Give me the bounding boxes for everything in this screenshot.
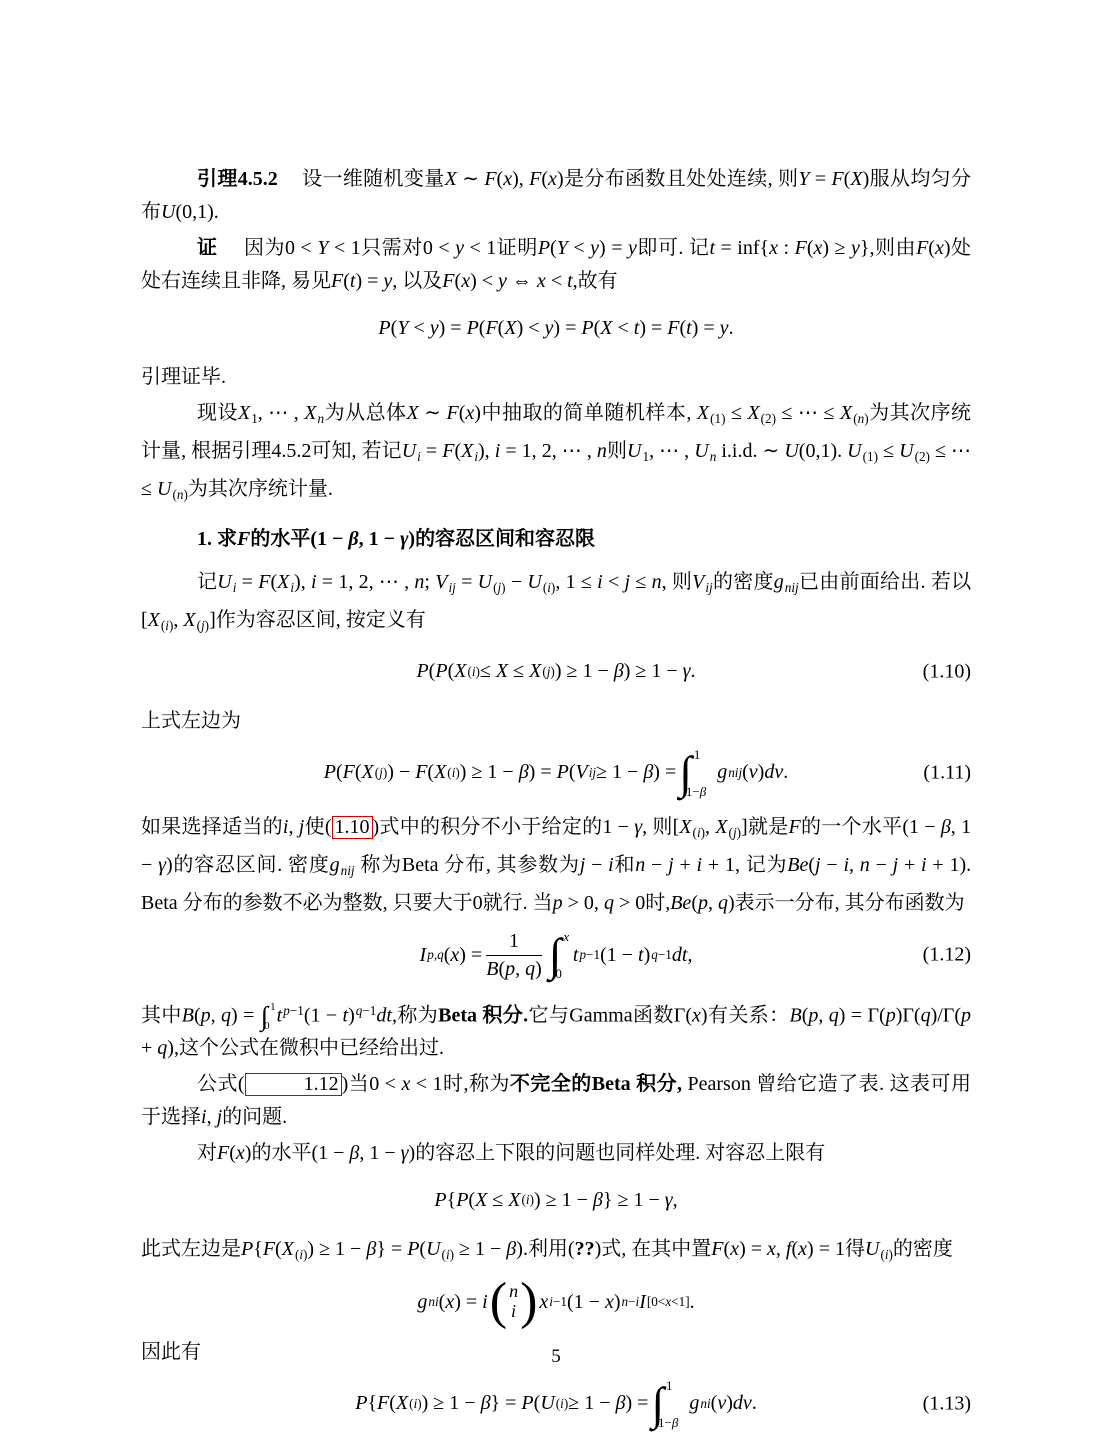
text-run: P{P(X ≤ X [434,1188,520,1213]
equation-number: (1.13) [923,1391,971,1416]
integral-limits: 11−β [694,748,714,798]
text-run: 的容忍区间和容忍限 [415,528,595,550]
text-run: ) ≥ 1 − β} = P(U [307,1238,440,1260]
text-run: I [639,1290,646,1315]
text-run: i−1 [549,1294,567,1311]
equation-1-12: Ip,q(x) = 1B(p, q)∫x0tp−1(1 − t)q−1dt, (… [141,930,971,981]
equation-number: (1.12) [923,943,971,968]
text-run: 时,称为 [443,1073,510,1095]
text-run: 有关系： [708,1004,790,1026]
text-run: U [627,440,641,462]
text-run: g [774,571,784,593]
text-run: ?? [575,1238,595,1260]
text-run: i, j [283,816,304,838]
text-run: n [509,1282,518,1302]
text-run: , 则 [642,816,673,838]
text-run: 上式左边为 [141,710,241,732]
equation-1-13: P{F(X(i)) ≥ 1 − β} = P(U(i) ≥ 1 − β) = ∫… [141,1379,971,1429]
text-run: ≤ [725,402,747,424]
text-run: (v)dv. [711,1391,757,1416]
text-run: dt, [672,943,693,968]
text-run: P{F(X [241,1238,294,1260]
integral: ∫11−β [651,1379,686,1429]
text-run: X ∼ F(x) [407,402,481,424]
text-run: 0 < x < 1 [369,1073,442,1095]
paragraph-lhs: 上式左边为 [141,705,971,738]
text-run: (i) [880,1247,892,1262]
text-run: (j) [375,765,387,782]
integral: ∫10 [261,1002,276,1032]
equation-body: P{P(X ≤ X(i)) ≥ 1 − β} ≥ 1 − γ, [434,1188,677,1213]
integral: ∫11−β [679,748,714,798]
text-run: , 记为 [735,854,787,876]
text-run: 1−β [686,785,706,798]
text-run: 为从总体 [324,402,406,424]
text-run: (x) = i [439,1290,488,1315]
text-run: F(x) < y ⇔ x < t [442,270,572,292]
text-run: ij [705,580,712,595]
text-run: (i) [161,618,173,633]
text-run: 就是 [748,816,789,838]
text-run: ≥ 1 − β) = [568,1391,648,1416]
text-run: B(p, q) = [182,1004,260,1026]
text-run: x [563,930,570,943]
text-run: , [519,168,529,190]
text-run: = F(X [421,440,474,462]
text-run: Beta 积分. [438,1004,528,1026]
text-run: 不完全的Beta 积分, [510,1073,682,1095]
equation-number: (1.11) [923,760,971,785]
text-run: g [417,1290,427,1315]
paragraph-incomplete-beta: 公式(1.12)当0 < x < 1时,称为不完全的Beta 积分, Pears… [141,1068,971,1134]
text-run: 1−β [658,1416,678,1429]
text-run: 1 [509,930,519,953]
equation-proof: P(Y < y) = P(F(X) < y) = P(X < t) = F(t)… [141,308,971,348]
text-run: U [402,440,416,462]
text-run: , [485,440,495,462]
text-run: F(x) [916,237,950,259]
text-run: U [899,440,913,462]
text-run: (i) [556,1396,568,1413]
text-run: 0 < Y < 1 [285,237,361,259]
text-run: ij [448,580,455,595]
equation-number: (1.10) [923,659,971,684]
text-run: F(x) = x, f(x) = 1 [711,1238,845,1260]
text-run: U [694,440,708,462]
text-run: )式中的积分不小于给定的 [373,816,603,838]
text-run: (2) [915,449,930,464]
text-run: 为其次序统计量. [188,478,333,500]
text-run: V [692,571,704,593]
text-run: )当 [342,1073,370,1095]
text-run: 中抽取的简单随机样本, [481,402,697,424]
text-run: 记 [197,571,217,593]
text-run: F [789,816,801,838]
equation-ref-link[interactable]: 1.12 [245,1073,342,1096]
text-run: [X [673,816,692,838]
text-run: 只需对 [361,237,423,259]
text-run: 0 < y < 1 [423,237,496,259]
integral-limits: x0 [563,930,570,980]
equation-body: P(F(X(j)) − F(X(i)) ≥ 1 − β) = P(Vij ≥ 1… [324,748,788,798]
text-run: , [301,571,311,593]
text-run: 时, [645,892,670,914]
text-run: P(F(X [324,760,374,785]
text-run: X [304,402,316,424]
text-run: ≤ X ≤ X [480,659,541,684]
text-run: 使( [304,816,331,838]
text-run: Γ(x) [674,1004,708,1026]
text-run: , [555,571,565,593]
text-run: 因为 [244,237,286,259]
text-run: ij [589,765,596,782]
text-run: , ⋯ , [649,440,694,462]
text-run: ) ≥ 1 − β) = P(V [460,760,588,785]
text-run: ni [507,1282,520,1322]
equation-upper-limit: P{P(X ≤ X(i)) ≥ 1 − β} ≥ 1 − γ, [141,1180,971,1220]
text-run: 则 [607,440,627,462]
text-run: 作为容忍区间, 按定义有 [216,609,426,631]
paragraph-beta-integral: 其中B(p, q) = ∫10tp−1(1 − t)q−1dt,称为Beta 积… [141,994,971,1066]
text-run: dt [376,1004,392,1026]
text-run: (1 − t) [600,943,650,968]
text-run: t [573,943,579,968]
text-run: g [689,1391,699,1416]
equation-body: P(Y < y) = P(F(X) < y) = P(X < t) = F(t)… [378,316,733,341]
text-run: nij [728,765,742,782]
text-run: 如果选择适当的 [141,816,283,838]
text-run: (n) [172,487,187,502]
text-run: ni [700,1396,710,1413]
text-run: 表示一分布, 其分布函数为 [735,892,965,914]
text-run: Y = F(X) [798,168,869,190]
text-run: (x) = [444,943,483,968]
text-run: 1 [270,1002,276,1013]
equation-1-11: P(F(X(j)) − F(X(i)) ≥ 1 − β) = P(Vij ≥ 1… [141,748,971,798]
text-run: X ∼ F(x) [445,168,519,190]
text-run: )式, 在其中置 [595,1238,712,1260]
text-run: 公式( [197,1073,245,1095]
text-run: F(x) [529,168,563,190]
text-run: = U [456,571,492,593]
document-page: 引理4.5.2设一维随机变量X ∼ F(x), F(x)是分布函数且处处连续, … [0,0,1113,1440]
paragraph-sample-setup: 现设X1, ⋯ , Xn为从总体X ∼ F(x)中抽取的简单随机样本, X(1)… [141,397,971,511]
text-run: − U [506,571,542,593]
text-run: ) ≥ 1 − β} ≥ 1 − γ, [534,1188,678,1213]
text-run: ) [294,571,301,593]
text-run: 0 [555,967,562,980]
text-run: ) − F(X [387,760,446,785]
text-run: p−1 [579,947,600,964]
text-run: 的容忍上下限的问题也同样处理. 对容忍上限有 [415,1142,825,1164]
text-run: ni [428,1294,438,1311]
integral-limits: 11−β [666,1379,686,1429]
text-run: ] [209,609,216,631]
text-run: X [747,402,759,424]
text-run: 引理4.5.2 [197,168,278,190]
text-run: F [237,528,250,550]
text-run: , X [705,816,728,838]
text-run: p−1 [283,1003,304,1018]
text-run: j − i [580,854,614,876]
text-run: X [840,402,852,424]
text-run: ≤ [878,440,899,462]
text-run: 的问题. [222,1106,287,1128]
text-run: 得 [845,1238,865,1260]
text-run: 的密度 [713,571,774,593]
text-run: , 以及 [392,270,442,292]
integral: ∫x0 [549,930,570,980]
text-run: q−1 [356,1003,377,1018]
text-run: (i) [409,1396,421,1413]
text-run: ) ≥ 1 − β} = P(U [422,1391,555,1416]
text-run: 即可. 记 [637,237,710,259]
text-run: F(t) = y [331,270,392,292]
text-run: i, j [201,1106,222,1128]
text-run: q−1 [651,947,672,964]
text-run: 此式左边是 [141,1238,241,1260]
text-run: 它与Gamma函数 [528,1004,674,1026]
text-run: , 则 [662,571,693,593]
paragraph-upper-lhs: 此式左边是P{F(X(i)) ≥ 1 − β} = P(U(i) ≥ 1 − β… [141,1233,971,1271]
text-run: 是分布函数且处处连续, 则 [564,168,799,190]
paragraph-lemma: 引理4.5.2设一维随机变量X ∼ F(x), F(x)是分布函数且处处连续, … [141,163,971,229]
text-run: 1 [694,748,714,761]
text-run: = F(X [236,571,289,593]
text-run: ) ≥ 1 − β) ≥ 1 − γ. [555,659,696,684]
text-run: .利用( [523,1238,575,1260]
text-run: (i) [543,580,555,595]
equation-body: P{F(X(i)) ≥ 1 − β} = P(U(i) ≥ 1 − β) = ∫… [355,1379,757,1429]
section-heading: 1. 求F的水平(1 − β, 1 − γ)的容忍区间和容忍限 [141,523,971,556]
text-run: U [217,571,231,593]
text-run: U [865,1238,879,1260]
text-run: {x : F(x) ≥ y} [760,237,870,259]
text-run: P(P(X [416,659,466,684]
equation-body: Ip,q(x) = 1B(p, q)∫x0tp−1(1 − t)q−1dt, [420,930,693,981]
text-run: . [690,1290,695,1315]
binomial-coefficient: (ni) [490,1281,538,1323]
text-run: 证明 [496,237,538,259]
text-run: I [420,943,427,968]
text-run: 称为Beta 分布, 其参数为 [355,854,580,876]
text-run: 和 [614,854,636,876]
text-run: ,则由 [870,237,917,259]
text-run: 的水平 [250,528,310,550]
text-run: n−i [622,1294,640,1311]
text-run: (i) [295,1247,307,1262]
text-run: n − j + i + 1 [635,854,735,876]
text-run: 的一个水平 [801,816,903,838]
text-run: 现设 [197,402,238,424]
paragraph-tolerance-limits: 对F(x)的水平(1 − β, 1 − γ)的容忍上下限的问题也同样处理. 对容… [141,1137,971,1170]
text-run: (1 − β, 1 − γ) [310,528,415,550]
text-run: (i) [522,1192,534,1209]
text-run: (i) [442,1247,454,1262]
fraction-bar [486,955,542,956]
text-run: (j) [729,825,741,840]
text-run: 对 [197,1142,217,1164]
fraction: 1B(p, q) [486,930,542,981]
text-run: nij [785,580,799,595]
text-run: P{F(X [355,1391,408,1416]
paren-left: ( [490,1281,507,1323]
text-run: 1 − γ [602,816,642,838]
document-body: 引理4.5.2设一维随机变量X ∼ F(x), F(x)是分布函数且处处连续, … [141,163,971,1440]
text-run: g [717,760,727,785]
text-run: p,q [427,947,443,964]
text-run: X [697,402,709,424]
text-run: (n) [853,411,868,426]
text-run: p > 0, q > 0 [553,892,646,914]
text-run: X [238,402,250,424]
integral-limits: 10 [270,1002,276,1032]
text-run: 1. 求 [197,528,237,550]
paragraph-proof: 证因为0 < Y < 1只需对0 < y < 1证明P(Y < y) = y即可… [141,232,971,298]
text-run: , ⋯ , [258,402,304,424]
text-run: (2) [761,411,776,426]
text-run: x [539,1290,548,1315]
text-run: (i) [693,825,705,840]
paragraph-order-density: 记Ui = F(Xi), i = 1, 2, ⋯ , n; Vij = U(j)… [141,566,971,642]
text-run: 其中 [141,1004,182,1026]
text-run: ,这个公式在微积中已经给出过. [174,1037,444,1059]
text-run: P(Y < y) = P(F(X) < y) = P(X < t) = F(t)… [378,316,733,341]
text-run: ) [478,440,485,462]
text-run: t = [709,237,737,259]
text-run: 证 [197,237,218,259]
text-run: ,称为 [392,1004,438,1026]
text-run: i [511,1302,516,1322]
text-run: 的密度 [893,1238,953,1260]
paren-right: ) [520,1281,537,1323]
text-run: [X [141,609,160,631]
text-run: (j) [197,618,209,633]
text-run: 引理证毕. [141,366,226,388]
text-run: 设一维随机变量 [302,168,445,190]
equation-body: gni(x) = i(ni)xi−1(1 − x)n−iI[0<x<1]. [417,1281,694,1323]
equation-1-10: P(P(X(i) ≤ X ≤ X(j)) ≥ 1 − β) ≥ 1 − γ. (… [141,652,971,692]
text-run: Be(p, q) [670,892,734,914]
text-run: 已由前面给出. 若以 [799,571,971,593]
text-run: V [435,571,447,593]
text-run: , X [173,609,195,631]
text-run: nij [341,863,355,878]
text-run: (j) [493,580,505,595]
text-run: 的容忍区间. 密度 [173,854,330,876]
text-run: (i) [467,664,479,681]
text-run: (j) [542,664,554,681]
text-run: ,故有 [573,270,618,292]
text-run: (1 − x) [567,1290,621,1315]
text-run: i.i.d. [716,440,762,462]
equation-gni-density: gni(x) = i(ni)xi−1(1 − x)n−iI[0<x<1]. [141,1281,971,1323]
text-run: B(p, q) [486,958,542,981]
text-run: (1) [710,411,725,426]
text-run: P(Y < y) = y [538,237,637,259]
text-run: 的水平 [251,1142,311,1164]
text-run: 1 ≤ i < j ≤ n [566,571,662,593]
text-run: (1 − t) [304,1004,355,1026]
text-run: ≤ ⋯ ≤ [776,402,840,424]
text-run: U(0,1). [161,201,219,223]
page-number: 5 [141,1346,971,1368]
text-run: i = 1, 2, ⋯ , n [495,440,607,462]
text-run: ∼ U(0,1). [763,440,843,462]
text-run: [0<x<1] [647,1294,690,1311]
paragraph-qed: 引理证毕. [141,361,971,394]
text-run: F(x) [217,1142,251,1164]
text-run: 0 [264,1021,270,1032]
text-run: U [157,478,171,500]
text-run: Be(j − i, n − j + i + 1) [787,854,966,876]
text-run: ≥ 1 − β) [454,1238,523,1260]
text-run: 1 [251,411,258,426]
text-run: i = 1, 2, ⋯ , n; [311,571,435,593]
text-run: (v)dv. [742,760,788,785]
paragraph-beta-distribution: 如果选择适当的i, j使(1.10)式中的积分不小于给定的1 − γ, 则[X(… [141,811,971,920]
equation-body: P(P(X(i) ≤ X ≤ X(j)) ≥ 1 − β) ≥ 1 − γ. [416,659,695,684]
text-run: (1) [863,449,878,464]
text-run: 1 [666,1379,686,1392]
text-run: g [330,854,340,876]
text-run: t [277,1004,283,1026]
equation-ref-link[interactable]: 1.10 [332,816,373,839]
text-run: (1 − β, 1 − γ) [311,1142,415,1164]
text-run: ] [741,816,748,838]
text-run: (i) [447,765,459,782]
text-run: inf [737,237,759,259]
text-run: ≥ 1 − β) = [596,760,676,785]
text-run: U [847,440,861,462]
